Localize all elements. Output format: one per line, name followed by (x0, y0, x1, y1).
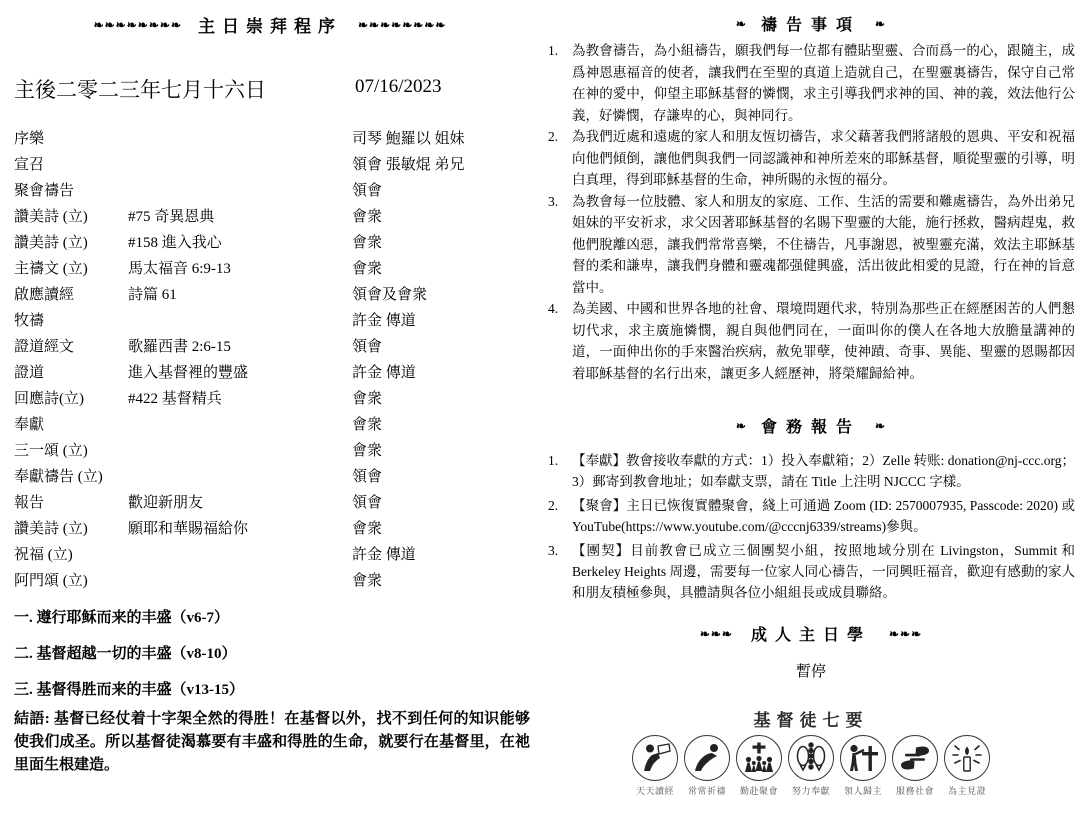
prayer-items-title: 禱告事項 (761, 12, 861, 35)
reading-icon (632, 735, 678, 781)
flourish-ornament-icon: ❧ (736, 420, 747, 432)
program-item-label: 主禱文 (立) (14, 257, 88, 278)
prayer-item: 4.為美國、中國和世界各地的社會、環境問題代求，特別為那些正在經歷困苦的人們懇切… (545, 298, 1077, 384)
list-number: 4. (548, 298, 558, 320)
seven-essentials-label: 天天讀經 (636, 784, 674, 797)
seven-essentials-item: 勤赴聚會 (735, 735, 784, 797)
seven-essentials-label: 領人歸主 (844, 784, 882, 797)
program-item-detail: #158 進入我心 (128, 231, 222, 252)
adult-sunday-school-status: 暫停 (545, 660, 1077, 681)
program-item-leader: 許金 傳道 (352, 543, 416, 564)
seven-essentials-item: 努力奉獻 (787, 735, 836, 797)
list-number: 3. (548, 191, 558, 213)
witness-icon (944, 735, 990, 781)
flourish-ornament-icon: ❧❧❧ (889, 628, 922, 640)
program-list: 序樂司琴 鮑羅以 姐妹 宣召領會 張敏焜 弟兄 聚會禱告領會 讚美詩 (立)#7… (0, 124, 540, 592)
program-row: 回應詩(立)#422 基督精兵會衆 (0, 384, 540, 410)
program-item-leader: 會衆 (352, 387, 382, 408)
program-item-label: 讚美詩 (立) (14, 517, 88, 538)
seven-essentials-label: 勤赴聚會 (740, 784, 778, 797)
report-item: 2.【聚會】主日已恢復實體聚會，綫上可通過 Zoom (ID: 25700079… (545, 495, 1077, 537)
program-item-leader: 會衆 (352, 439, 382, 460)
program-item-label: 證道經文 (14, 335, 74, 356)
church-report-list: 1.【奉獻】教會接收奉獻的方式：1）投入奉獻箱；2）Zelle 转账: dona… (545, 450, 1077, 606)
program-item-label: 祝福 (立) (14, 543, 73, 564)
program-item-leader: 司琴 鮑羅以 姐妹 (352, 127, 465, 148)
program-row: 證道進入基督裡的豐盛許金 傳道 (0, 358, 540, 384)
program-item-detail: 願耶和華賜福給你 (128, 517, 248, 538)
program-item-label: 回應詩(立) (14, 387, 84, 408)
evangelism-icon (840, 735, 886, 781)
program-item-leader: 領會及會衆 (352, 283, 427, 304)
praying-icon (684, 735, 730, 781)
seven-essentials-row: 天天讀經 常常祈禱 (545, 735, 1077, 797)
program-item-label: 序樂 (14, 127, 44, 148)
seven-essentials-graphic: 基督徒七要 天天讀經 (545, 706, 1077, 797)
program-row: 奉獻禱告 (立)領會 (0, 462, 540, 488)
program-item-label: 奉獻 (14, 413, 44, 434)
worship-order-column: ❧❧❧❧❧❧❧❧ 主日崇拜程序 ❧❧❧❧❧❧❧❧ 主後二零二三年七月十六日 07… (0, 0, 540, 826)
program-row: 阿門頌 (立)會衆 (0, 566, 540, 592)
program-item-leader: 會衆 (352, 231, 382, 252)
program-row: 祝福 (立)許金 傳道 (0, 540, 540, 566)
seven-essentials-label: 為主見證 (948, 784, 986, 797)
program-item-leader: 領會 (352, 335, 382, 356)
flourish-ornament-icon: ❧ (875, 18, 886, 30)
offering-icon (788, 735, 834, 781)
sermon-conclusion: 結語: 基督已经仗着十字架全然的得胜！在基督以外，找不到任何的知识能够使我们成圣… (14, 708, 530, 777)
worship-order-title: 主日崇拜程序 (198, 12, 342, 37)
program-item-leader: 領會 (352, 491, 382, 512)
program-item-leader: 許金 傳道 (352, 309, 416, 330)
flourish-ornament-icon: ❧ (875, 420, 886, 432)
list-number: 2. (548, 126, 558, 148)
program-item-label: 阿門頌 (立) (14, 569, 88, 590)
seven-essentials-label: 努力奉獻 (792, 784, 830, 797)
program-item-label: 聚會禱告 (14, 179, 74, 200)
prayer-item: 2.為我們近處和遠處的家人和朋友恆切禱告，求父藉著我們將諸般的恩典、平安和祝福向… (545, 126, 1077, 191)
program-row: 啟應讀經詩篇 61領會及會衆 (0, 280, 540, 306)
list-number: 3. (548, 540, 558, 561)
program-item-detail: #422 基督精兵 (128, 387, 222, 408)
bulletin-page: ❧❧❧❧❧❧❧❧ 主日崇拜程序 ❧❧❧❧❧❧❧❧ 主後二零二三年七月十六日 07… (0, 0, 1081, 826)
flourish-ornament-icon: ❧ (736, 18, 747, 30)
program-item-leader: 會衆 (352, 413, 382, 434)
prayer-items-list: 1.為教會禱告，為小組禱告，願我們每一位都有體貼聖靈、合而爲一的心，跟隨主，成爲… (545, 40, 1077, 384)
service-date-numeric: 07/16/2023 (355, 76, 442, 98)
program-item-label: 證道 (14, 361, 44, 382)
serving-icon (892, 735, 938, 781)
church-report-title: 會務報告 (761, 414, 861, 437)
program-item-leader: 會衆 (352, 205, 382, 226)
prayer-item-text: 為教會每一位肢體、家人和朋友的家庭、工作、生活的需要和難處禱告，為外出弟兄姐妹的… (572, 194, 1075, 295)
seven-essentials-item: 領人歸主 (839, 735, 888, 797)
program-item-detail: 詩篇 61 (128, 283, 177, 304)
sermon-outline: 一. 遵行耶稣而来的丰盛（v6-7） 二. 基督超越一切的丰盛（v8-10） 三… (14, 606, 534, 714)
seven-essentials-item: 為主見證 (943, 735, 992, 797)
program-item-detail: 進入基督裡的豐盛 (128, 361, 248, 382)
program-item-detail: 馬太福音 6:9-13 (128, 257, 231, 278)
adult-sunday-school-header: ❧❧❧ 成人主日學 ❧❧❧ (545, 622, 1077, 645)
report-item-text: 【奉獻】教會接收奉獻的方式：1）投入奉獻箱；2）Zelle 转账: donati… (572, 453, 1075, 489)
report-item: 3.【團契】目前教會已成立三個團契小組，按照地域分別在 Livingston，S… (545, 540, 1077, 603)
report-item-text: 【團契】目前教會已成立三個團契小組，按照地域分別在 Livingston，Sum… (572, 543, 1075, 600)
seven-essentials-title: 基督徒七要 (545, 706, 1077, 731)
program-row: 讚美詩 (立)#158 進入我心會衆 (0, 228, 540, 254)
church-report-header: ❧ 會務報告 ❧ (545, 414, 1077, 437)
prayer-item-text: 為我們近處和遠處的家人和朋友恆切禱告，求父藉著我們將諸般的恩典、平安和祝福向他們… (572, 129, 1075, 187)
report-item: 1.【奉獻】教會接收奉獻的方式：1）投入奉獻箱；2）Zelle 转账: dona… (545, 450, 1077, 492)
program-item-label: 三一頌 (立) (14, 439, 88, 460)
adult-sunday-school-title: 成人主日學 (751, 622, 871, 645)
program-item-leader: 會衆 (352, 257, 382, 278)
prayer-item: 3.為教會每一位肢體、家人和朋友的家庭、工作、生活的需要和難處禱告，為外出弟兄姐… (545, 191, 1077, 299)
seven-essentials-item: 服務社會 (891, 735, 940, 797)
program-item-detail: #75 奇異恩典 (128, 205, 214, 226)
program-item-label: 宣召 (14, 153, 44, 174)
program-item-leader: 領會 (352, 179, 382, 200)
flourish-ornament-icon: ❧❧❧❧❧❧❧❧ (94, 19, 182, 31)
seven-essentials-label: 服務社會 (896, 784, 934, 797)
program-row: 牧禱許金 傳道 (0, 306, 540, 332)
announcements-column: ❧ 禱告事項 ❧ 1.為教會禱告，為小組禱告，願我們每一位都有體貼聖靈、合而爲一… (545, 0, 1077, 826)
seven-essentials-item: 天天讀經 (631, 735, 680, 797)
program-item-label: 啟應讀經 (14, 283, 74, 304)
seven-essentials-label: 常常祈禱 (688, 784, 726, 797)
program-item-leader: 會衆 (352, 569, 382, 590)
program-item-label: 讚美詩 (立) (14, 205, 88, 226)
program-row: 主禱文 (立)馬太福音 6:9-13會衆 (0, 254, 540, 280)
program-row: 聚會禱告領會 (0, 176, 540, 202)
service-date-chinese: 主後二零二三年七月十六日 (14, 74, 266, 104)
program-row: 三一頌 (立)會衆 (0, 436, 540, 462)
program-item-label: 牧禱 (14, 309, 44, 330)
program-item-leader: 領會 張敏焜 弟兄 (352, 153, 465, 174)
program-row: 證道經文歌羅西書 2:6-15領會 (0, 332, 540, 358)
flourish-ornament-icon: ❧❧❧❧❧❧❧❧ (358, 19, 446, 31)
sermon-outline-point: 二. 基督超越一切的丰盛（v8-10） (14, 642, 534, 663)
seven-essentials-item: 常常祈禱 (683, 735, 732, 797)
prayer-item-text: 為教會禱告，為小組禱告，願我們每一位都有體貼聖靈、合而爲一的心，跟隨主，成爲神恩… (572, 43, 1075, 123)
program-item-label: 報告 (14, 491, 44, 512)
flourish-ornament-icon: ❧❧❧ (700, 628, 733, 640)
prayer-item: 1.為教會禱告，為小組禱告，願我們每一位都有體貼聖靈、合而爲一的心，跟隨主，成爲… (545, 40, 1077, 126)
list-number: 2. (548, 495, 558, 516)
program-row: 序樂司琴 鮑羅以 姐妹 (0, 124, 540, 150)
program-row: 宣召領會 張敏焜 弟兄 (0, 150, 540, 176)
program-item-leader: 許金 傳道 (352, 361, 416, 382)
sermon-outline-point: 三. 基督得胜而来的丰盛（v13-15） (14, 678, 534, 699)
program-row: 讚美詩 (立)#75 奇異恩典會衆 (0, 202, 540, 228)
list-number: 1. (548, 450, 558, 471)
prayer-items-header: ❧ 禱告事項 ❧ (545, 12, 1077, 35)
program-item-leader: 領會 (352, 465, 382, 486)
program-row: 讚美詩 (立)願耶和華賜福給你會衆 (0, 514, 540, 540)
program-row: 報告歡迎新朋友領會 (0, 488, 540, 514)
program-item-label: 讚美詩 (立) (14, 231, 88, 252)
program-item-detail: 歡迎新朋友 (128, 491, 203, 512)
report-item-text: 【聚會】主日已恢復實體聚會，綫上可通過 Zoom (ID: 2570007935… (572, 498, 1075, 534)
list-number: 1. (548, 40, 558, 62)
program-item-detail: 歌羅西書 2:6-15 (128, 335, 231, 356)
worship-order-header: ❧❧❧❧❧❧❧❧ 主日崇拜程序 ❧❧❧❧❧❧❧❧ (0, 12, 540, 37)
sermon-outline-point: 一. 遵行耶稣而来的丰盛（v6-7） (14, 606, 534, 627)
program-item-label: 奉獻禱告 (立) (14, 465, 103, 486)
program-item-leader: 會衆 (352, 517, 382, 538)
prayer-item-text: 為美國、中國和世界各地的社會、環境問題代求，特別為那些正在經歷困苦的人們懇切代求… (572, 301, 1075, 381)
program-row: 奉獻會衆 (0, 410, 540, 436)
service-date-row: 主後二零二三年七月十六日 07/16/2023 (0, 74, 540, 104)
gathering-icon (736, 735, 782, 781)
